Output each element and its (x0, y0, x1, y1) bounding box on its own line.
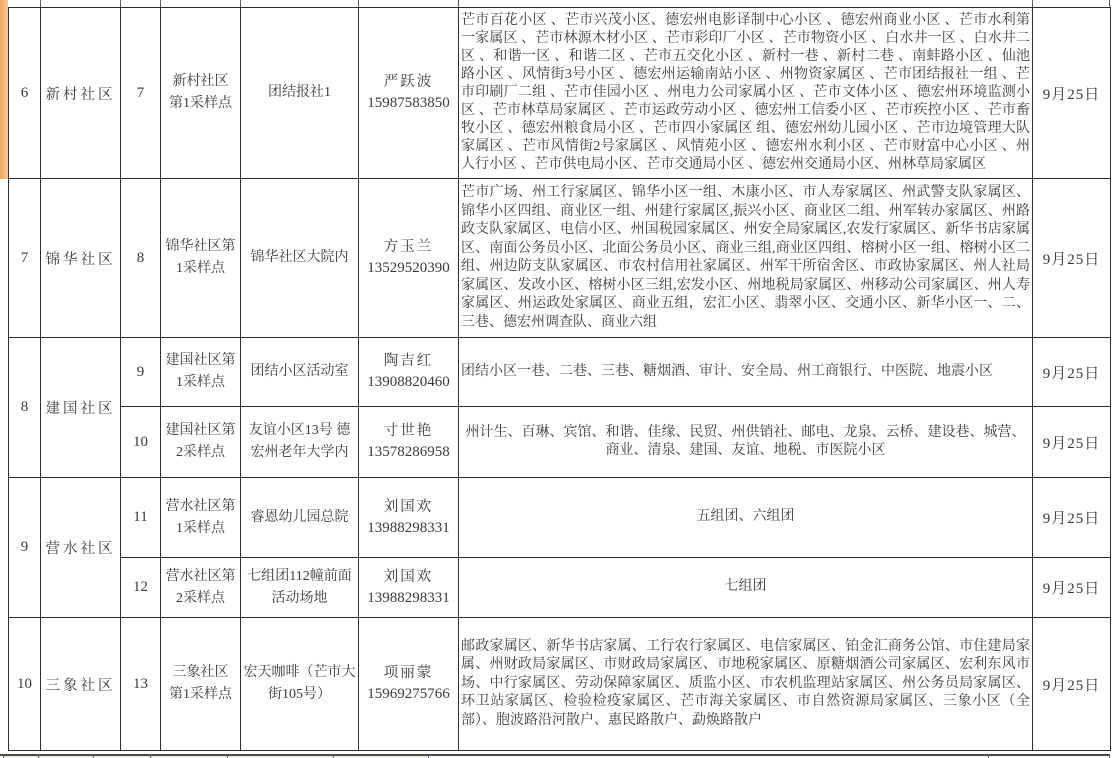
seq-cell: 9 (9, 478, 41, 618)
sampling-points-table: 6 新村社区 7 新村社区 第1采样点 团结报社1 严跃波 1598758385… (8, 7, 1111, 751)
coverage-text: 邮政家属区、新华书店家属、工行农行家属区、电信家属区、铂金汇商务公馆、市住建局家… (461, 638, 1030, 731)
contact-phone: 15969275766 (361, 684, 456, 705)
community-cell: 建国社区 (41, 338, 121, 478)
coverage-text: 芒市百花小区 、芒市兴茂小区、德宏州电影译制中心小区 、德宏州商业小区 、芒市水… (461, 12, 1030, 174)
date-cell: 9月25日 (1033, 179, 1111, 338)
community-cell: 新村社区 (41, 8, 121, 179)
coverage-cell: 邮政家属区、新华书店家属、工行农行家属区、电信家属区、铂金汇商务公馆、市住建局家… (459, 618, 1033, 751)
coverage-cell: 芒市百花小区 、芒市兴茂小区、德宏州电影译制中心小区 、德宏州商业小区 、芒市水… (459, 8, 1033, 179)
location-cell: 锦华社区大院内 (241, 179, 359, 338)
next-row-column-tick (988, 754, 989, 758)
coverage-cell: 芒市广场、州工行家属区、锦华小区一组、木康小区、市人寿家属区、州武警支队家属区、… (459, 179, 1033, 338)
point-no-cell: 10 (121, 407, 161, 478)
coverage-cell: 七组团 (459, 558, 1033, 618)
contact-cell: 刘国欢 13988298331 (359, 558, 459, 618)
seq-cell: 8 (9, 338, 41, 478)
next-row-column-tick (93, 754, 94, 758)
contact-cell: 方玉兰 13529520390 (359, 179, 459, 338)
coverage-text: 五组团、六组团 (461, 508, 1030, 527)
coverage-cell: 五组团、六组团 (459, 478, 1033, 558)
table-row: 7 锦华社区 8 锦华社区第 1采样点 锦华社区大院内 方玉兰 13529520… (9, 179, 1111, 338)
contact-name: 刘国欢 (361, 567, 456, 588)
date-cell: 9月25日 (1033, 338, 1111, 407)
coverage-cell: 州计生、百琳、宾馆、和谐、佳缘、民贸、州供销社、邮电、龙泉、云桥、建设巷、城营、… (459, 407, 1033, 478)
community-cell: 三象社区 (41, 618, 121, 751)
contact-phone: 13578286958 (361, 442, 456, 463)
point-name-cell: 锦华社区第 1采样点 (161, 179, 241, 338)
point-name-cell: 建国社区第 1采样点 (161, 338, 241, 407)
contact-name: 项丽蒙 (361, 663, 456, 684)
contact-phone: 13988298331 (361, 588, 456, 609)
contact-cell: 寸世艳 13578286958 (359, 407, 459, 478)
community-cell: 营水社区 (41, 478, 121, 618)
point-no-cell: 7 (121, 8, 161, 179)
next-row-column-tick (38, 754, 39, 758)
contact-cell: 刘国欢 13988298331 (359, 478, 459, 558)
table-row: 6 新村社区 7 新村社区 第1采样点 团结报社1 严跃波 1598758385… (9, 8, 1111, 179)
date-cell: 9月25日 (1033, 618, 1111, 751)
table-row: 10 三象社区 13 三象社区 第1采样点 宏天咖啡（芒市大 街105号） 项丽… (9, 618, 1111, 751)
contact-phone: 13908820460 (361, 372, 456, 393)
next-row-column-tick (3, 754, 4, 758)
seq-cell: 10 (9, 618, 41, 751)
date-cell: 9月25日 (1033, 558, 1111, 618)
contact-cell: 项丽蒙 15969275766 (359, 618, 459, 751)
coverage-text: 团结小区一巷、二巷、三巷、糖烟酒、审计、安全局、州工商银行、中医院、地震小区 (461, 363, 1030, 382)
contact-name: 严跃波 (361, 72, 456, 93)
community-cell: 锦华社区 (41, 179, 121, 338)
table-row: 10 建国社区第 2采样点 友谊小区13号 德 宏州老年大学内 寸世艳 1357… (9, 407, 1111, 478)
point-name-cell: 新村社区 第1采样点 (161, 8, 241, 179)
table-row: 9 营水社区 11 营水社区第 1采样点 睿恩幼儿园总院 刘国欢 1398829… (9, 478, 1111, 558)
location-cell: 睿恩幼儿园总院 (241, 478, 359, 558)
point-no-cell: 12 (121, 558, 161, 618)
location-cell: 团结报社1 (241, 8, 359, 179)
date-cell: 9月25日 (1033, 8, 1111, 179)
coverage-text: 七组团 (461, 578, 1030, 597)
point-no-cell: 11 (121, 478, 161, 558)
contact-cell: 严跃波 15987583850 (359, 8, 459, 179)
coverage-cell: 团结小区一巷、二巷、三巷、糖烟酒、审计、安全局、州工商银行、中医院、地震小区 (459, 338, 1033, 407)
point-no-cell: 13 (121, 618, 161, 751)
coverage-text: 州计生、百琳、宾馆、和谐、佳缘、民贸、州供销社、邮电、龙泉、云桥、建设巷、城营、… (461, 424, 1030, 461)
next-row-column-tick (428, 754, 429, 758)
contact-cell: 陶吉红 13908820460 (359, 338, 459, 407)
date-cell: 9月25日 (1033, 407, 1111, 478)
point-name-cell: 营水社区第 2采样点 (161, 558, 241, 618)
next-row-column-tick (333, 754, 334, 758)
point-name-cell: 建国社区第 2采样点 (161, 407, 241, 478)
table-row: 8 建国社区 9 建国社区第 1采样点 团结小区活动室 陶吉红 13908820… (9, 338, 1111, 407)
date-cell: 9月25日 (1033, 478, 1111, 558)
location-cell: 团结小区活动室 (241, 338, 359, 407)
contact-phone: 15987583850 (361, 93, 456, 114)
coverage-text: 芒市广场、州工行家属区、锦华小区一组、木康小区、市人寿家属区、州武警支队家属区、… (461, 184, 1030, 332)
point-no-cell: 8 (121, 179, 161, 338)
contact-phone: 13988298331 (361, 518, 456, 539)
location-cell: 友谊小区13号 德 宏州老年大学内 (241, 407, 359, 478)
point-name-cell: 营水社区第 1采样点 (161, 478, 241, 558)
seq-cell: 6 (9, 8, 41, 179)
point-no-cell: 9 (121, 338, 161, 407)
contact-name: 刘国欢 (361, 497, 456, 518)
seq-cell: 7 (9, 179, 41, 338)
contact-phone: 13529520390 (361, 258, 456, 279)
left-orange-highlight-strip (0, 0, 8, 179)
next-row-column-tick (227, 754, 228, 758)
contact-name: 寸世艳 (361, 421, 456, 442)
scanned-sampling-table-page: 6 新村社区 7 新村社区 第1采样点 团结报社1 严跃波 1598758385… (0, 0, 1112, 758)
contact-name: 方玉兰 (361, 237, 456, 258)
contact-name: 陶吉红 (361, 351, 456, 372)
point-name-cell: 三象社区 第1采样点 (161, 618, 241, 751)
table-row: 12 营水社区第 2采样点 七组团112幢前面 活动场地 刘国欢 1398829… (9, 558, 1111, 618)
next-row-column-tick (150, 754, 151, 758)
location-cell: 七组团112幢前面 活动场地 (241, 558, 359, 618)
next-row-column-tick (1109, 754, 1110, 758)
location-cell: 宏天咖啡（芒市大 街105号） (241, 618, 359, 751)
